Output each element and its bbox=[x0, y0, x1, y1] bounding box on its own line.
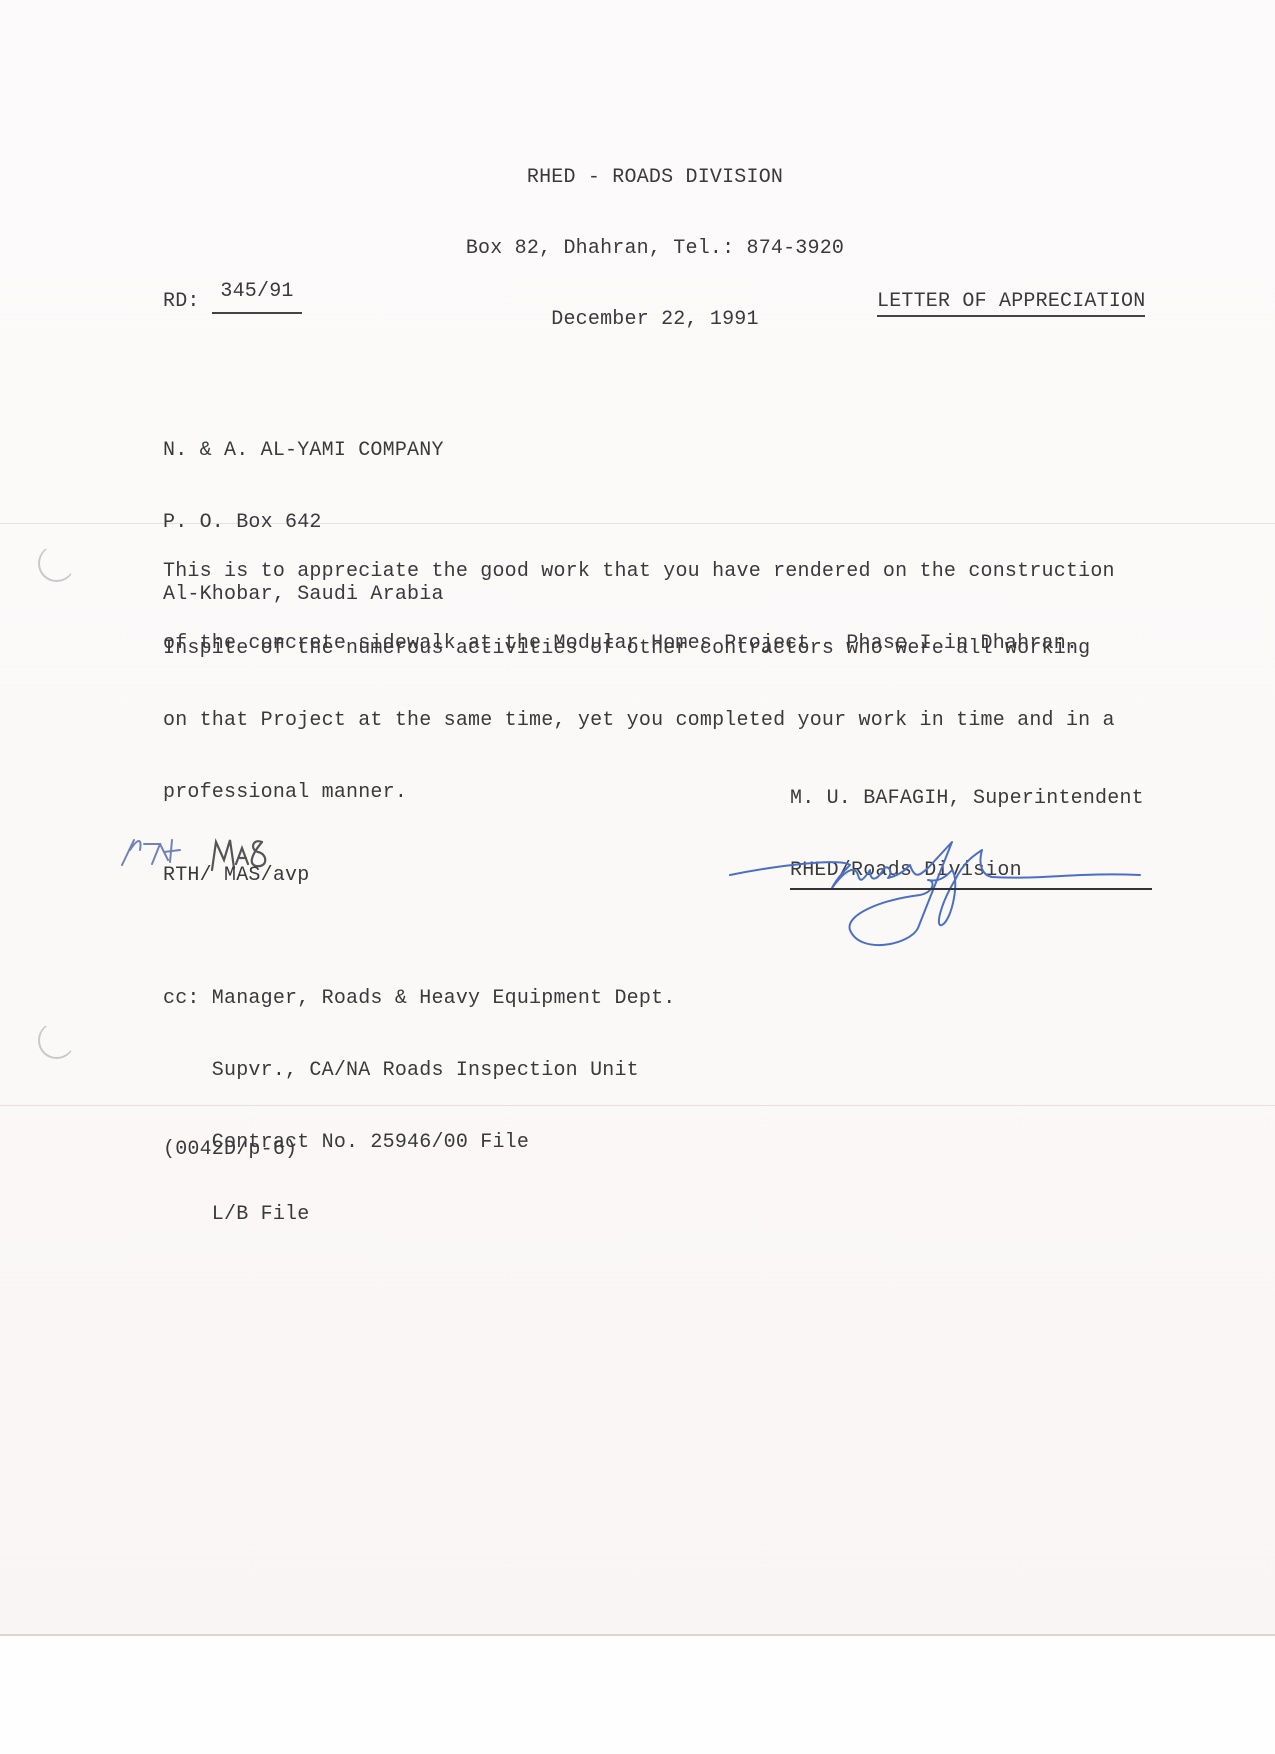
paragraph-line: This is to appreciate the good work that… bbox=[163, 560, 1115, 584]
punch-hole bbox=[38, 1022, 75, 1059]
carbon-copy-list: cc: Manager, Roads & Heavy Equipment Dep… bbox=[163, 939, 675, 1251]
letterhead-address: Box 82, Dhahran, Tel.: 874-3920 bbox=[0, 237, 1275, 260]
signer-name: M. U. BAFAGIH, Superintendent bbox=[790, 787, 1144, 811]
file-reference: (0042D/p-6) bbox=[163, 1138, 297, 1162]
typist-initials: RTH/ MAS/avp bbox=[163, 864, 309, 888]
cc-line: L/B File bbox=[163, 1203, 675, 1227]
cc-line: cc: Manager, Roads & Heavy Equipment Dep… bbox=[163, 987, 675, 1011]
reference-label: RD: bbox=[163, 290, 200, 314]
cc-line: Supvr., CA/NA Roads Inspection Unit bbox=[163, 1059, 675, 1083]
scanner-background bbox=[0, 1636, 1275, 1754]
paragraph-line: Inspite of the numerous activities of ot… bbox=[163, 637, 1115, 661]
document-title: LETTER OF APPRECIATION bbox=[877, 290, 1145, 317]
letterhead-division: RHED - ROADS DIVISION bbox=[0, 166, 1275, 189]
signature bbox=[720, 820, 1180, 960]
reference-number: 345/91 bbox=[212, 280, 302, 314]
signature-line bbox=[790, 888, 1152, 890]
punch-hole bbox=[38, 545, 75, 582]
letterhead: RHED - ROADS DIVISION Box 82, Dhahran, T… bbox=[0, 118, 1275, 355]
recipient-company: N. & A. AL-YAMI COMPANY bbox=[163, 439, 444, 463]
paragraph-line: on that Project at the same time, yet yo… bbox=[163, 709, 1115, 733]
